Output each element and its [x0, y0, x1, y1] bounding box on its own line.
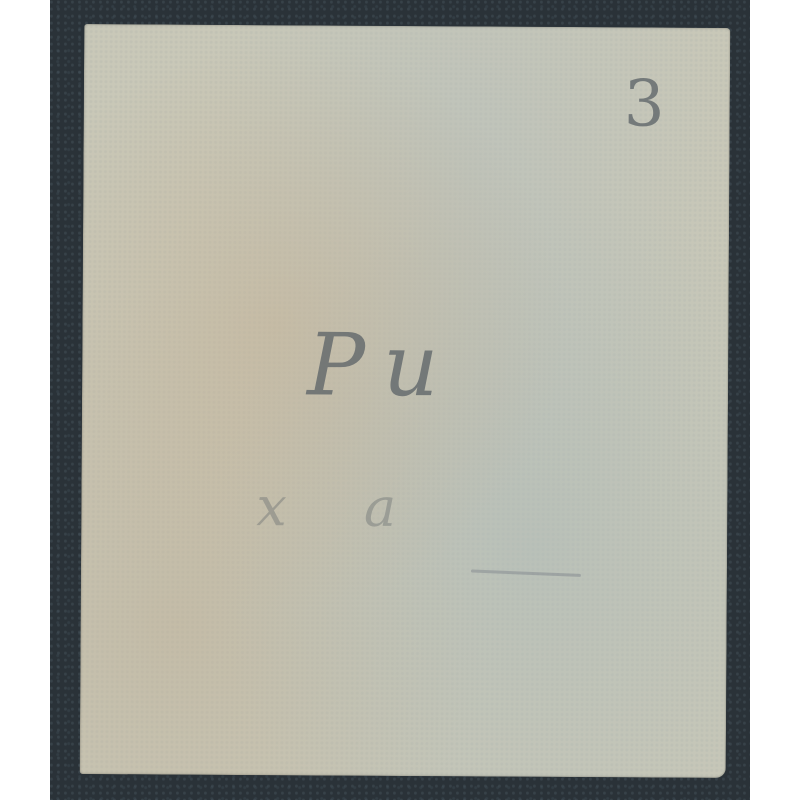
pencil-underline	[471, 569, 581, 577]
pencil-mark-lower: x a	[256, 475, 426, 539]
pencil-mark-center: Pu	[307, 315, 457, 416]
pencil-mark-number: 3	[624, 67, 665, 141]
stamp-back: 3 Pu x a	[80, 24, 731, 778]
